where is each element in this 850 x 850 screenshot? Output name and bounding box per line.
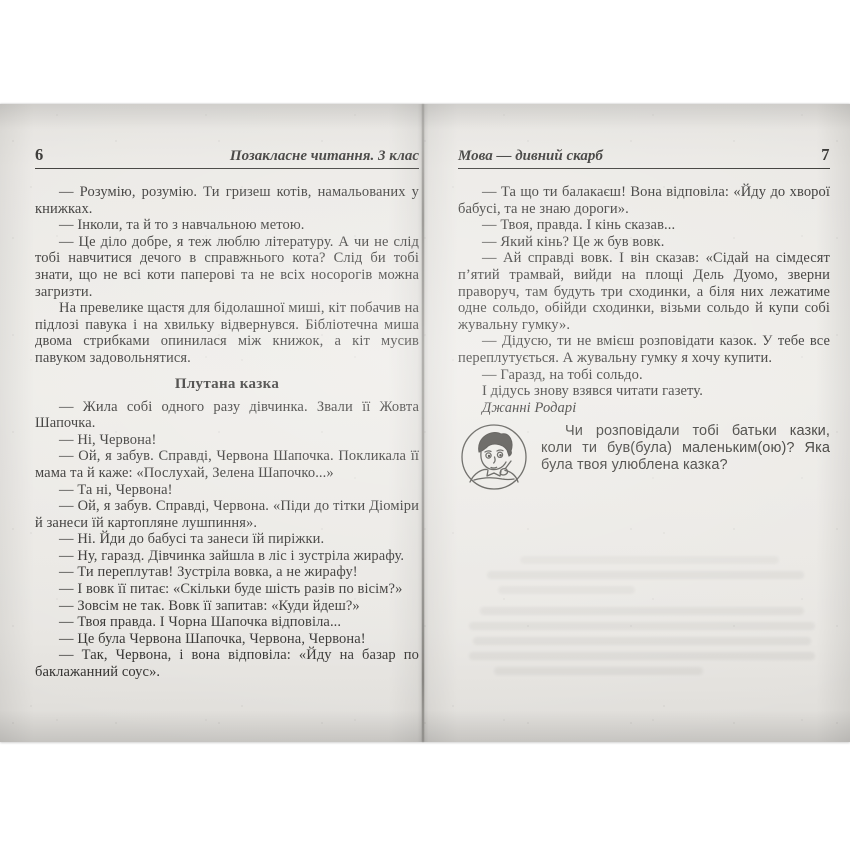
- show-through-text: [462, 556, 822, 682]
- story-title: Плутана казка: [35, 375, 419, 393]
- running-title-right: Мова — дивний скарб: [458, 147, 603, 165]
- paragraph: — Ні. Йди до бабусі та занеси їй пиріжки…: [35, 531, 419, 548]
- paragraph: — Ой, я забув. Справді, Червона. «Піди д…: [35, 498, 419, 531]
- paragraph: — Так, Червона, і вона відповіла: «Йду н…: [35, 647, 419, 680]
- running-head-left: 6 Позакласне читання. 3 клас: [35, 146, 419, 165]
- paragraph: — Дідусю, ти не вмієш розповідати казок.…: [458, 333, 830, 366]
- page-number-left: 6: [35, 146, 44, 164]
- header-rule-right: [458, 168, 830, 169]
- paragraph: — Інколи, та й то з навчальною метою.: [35, 217, 419, 234]
- paragraph: — Який кінь? Це ж був вовк.: [458, 234, 830, 251]
- paragraph: — Жила собі одного разу дівчинка. Звали …: [35, 399, 419, 432]
- screenshot-root: { "book": { "left_page": { "page_number"…: [0, 0, 850, 850]
- running-title-left: Позакласне читання. 3 клас: [230, 147, 419, 165]
- paragraph: — Та ні, Червона!: [35, 482, 419, 499]
- paragraph: — Ой, я забув. Справді, Червона Шапочка.…: [35, 448, 419, 481]
- paragraph: — Ти переплутав! Зустріла вовка, а не жи…: [35, 564, 419, 581]
- page-left: 6 Позакласне читання. 3 клас — Розумію, …: [35, 104, 419, 742]
- paragraph: — Ну, гаразд. Дівчинка зайшла в ліс і зу…: [35, 548, 419, 565]
- body-text-left: — Розумію, розумію. Ти гризеш котів, нам…: [35, 184, 419, 681]
- question-text: Чи розповідали тобі батьки казки, коли т…: [541, 423, 830, 473]
- paragraph: — Ай справді вовк. І він сказав: «Сідай …: [458, 250, 830, 333]
- paragraph: — Зовсім не так. Вовк її запитав: «Куди …: [35, 598, 419, 615]
- page-right: Мова — дивний скарб 7 — Та що ти балакає…: [458, 104, 830, 742]
- question-block: Чи розповідали тобі батьки казки, коли т…: [458, 423, 830, 496]
- paragraph: — Та що ти балакаєш! Вона відповіла: «Йд…: [458, 184, 830, 217]
- paragraph: — Гаразд, на тобі сольдо.: [458, 367, 830, 384]
- open-book-photo: 6 Позакласне читання. 3 клас — Розумію, …: [0, 104, 850, 742]
- running-head-right: Мова — дивний скарб 7: [458, 146, 830, 165]
- paragraph: — Це була Червона Шапочка, Червона, Черв…: [35, 631, 419, 648]
- header-rule-left: [35, 168, 419, 169]
- author-byline: Джанні Родарі: [458, 400, 830, 417]
- paragraph: — Твоя правда. І Чорна Шапочка відповіла…: [35, 614, 419, 631]
- paragraph: На превелике щастя для бідолашної миші, …: [35, 300, 419, 366]
- paragraph: — І вовк її питає: «Скільки буде шість р…: [35, 581, 419, 598]
- paragraph: — Ні, Червона!: [35, 432, 419, 449]
- thinking-child-illustration-icon: [460, 423, 528, 496]
- page-number-right: 7: [821, 146, 830, 164]
- paragraph: — Це діло добре, я теж люблю літературу.…: [35, 234, 419, 300]
- body-text-right: — Та що ти балакаєш! Вона відповіла: «Йд…: [458, 184, 830, 496]
- paragraph: — Розумію, розумію. Ти гризеш котів, нам…: [35, 184, 419, 217]
- paragraph: — Твоя, правда. І кінь сказав...: [458, 217, 830, 234]
- paragraph: І дідусь знову взявся читати газету.: [458, 383, 830, 400]
